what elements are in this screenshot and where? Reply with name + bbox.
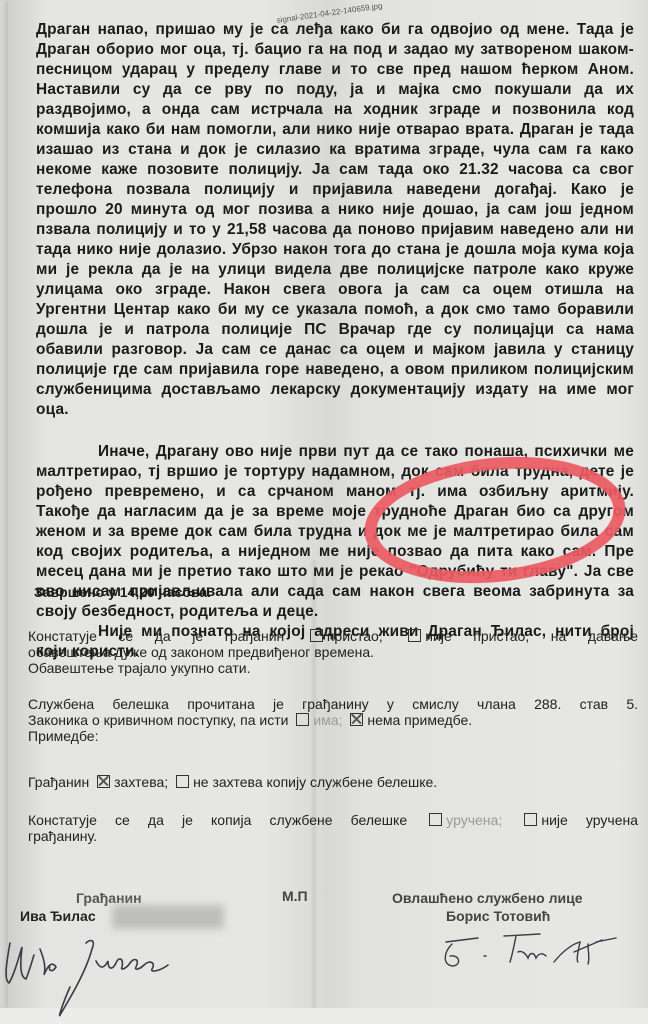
- delivery-section: Констатује се да је копија службене беле…: [28, 812, 638, 844]
- text-line: прошло 20 минута од мог позива а нико ни…: [36, 200, 634, 220]
- text-line: малтретирао, тј вршио је тортуру надамно…: [36, 462, 634, 482]
- text-line: раздвојимо, а онда сам истрчала на ходни…: [36, 100, 634, 120]
- text-line: Ургентни Центар како би му се указала по…: [36, 300, 634, 320]
- text-line: пзвала полицију и то у 21,58 часова да п…: [36, 220, 634, 240]
- text-line: женом и за време док сам била трудна и д…: [36, 522, 634, 542]
- citizen-label: Грађанин: [76, 890, 142, 906]
- officer-signature: [438, 930, 648, 980]
- delivery-line: Констатује се да је копија службене беле…: [28, 812, 638, 828]
- remarks-line: Законика о кривичном поступку, па исти и…: [28, 712, 638, 728]
- statement-text: Драган напао, пришао му је са леђа како …: [36, 20, 634, 662]
- checkbox-no-remarks[interactable]: [350, 713, 363, 726]
- text-line: обавили разговор. Ја сам се данас са оце…: [36, 340, 634, 360]
- text-line: код својих родитеља, а ниједном ме није …: [36, 542, 634, 562]
- text-line: месец дана ми је претио тако што ми је р…: [36, 562, 634, 582]
- officer-name: Борис Тотовић: [446, 908, 550, 924]
- copy-request-section: Грађанин захтева; не захтева копију служ…: [28, 774, 638, 790]
- checkbox-agreed[interactable]: [310, 629, 323, 642]
- text-line: Наставили су да се рву по поду, ја и мај…: [36, 80, 634, 100]
- consent-line: Констатује се да је грађанин пристао; ни…: [28, 628, 638, 644]
- checkbox-not-delivered[interactable]: [524, 813, 537, 826]
- text-line: полиције где сам пријавила горе наведено…: [36, 360, 634, 380]
- text-line: службеницима достављамо лекарску докумен…: [36, 380, 634, 400]
- text-line: дошла је и патрола полиције ПС Врачар гд…: [36, 320, 634, 340]
- text-line: Драган оборио мог оца, тј. бацио га на п…: [36, 40, 634, 60]
- delivery-line-2: грађанину.: [28, 828, 638, 844]
- text-line: телефона позвала полицију и пријавила на…: [36, 180, 634, 200]
- remarks-label: Примедбе:: [28, 728, 638, 744]
- text-line: тада нико није долазио. Убрзо након тога…: [36, 240, 634, 260]
- finished-time: Завршено у 14,20 часова.: [34, 584, 211, 600]
- text-line: оца.: [36, 400, 634, 420]
- text-line: Иначе, Драгану ово није први пут да се т…: [36, 442, 634, 462]
- checkbox-not-agreed[interactable]: [408, 629, 421, 642]
- copy-request-line: Грађанин захтева; не захтева копију служ…: [28, 774, 638, 790]
- read-line: Службена белешка прочитана је грађанину …: [28, 696, 638, 712]
- duration-line: Обавештење трајало укупно сати.: [28, 660, 638, 676]
- text-line: ми је рекла да је на улици видела две по…: [36, 260, 634, 280]
- text-line: улицама око зграде. Након свега овога ја…: [36, 280, 634, 300]
- text-line: Драган напао, пришао му је са леђа како …: [36, 20, 634, 40]
- checkbox-requests-copy[interactable]: [97, 775, 110, 788]
- stamp-label: М.П: [282, 888, 308, 904]
- read-section: Службена белешка прочитана је грађанину …: [28, 696, 638, 744]
- text-line: некоме каже позовите полицију. Ја сам та…: [36, 160, 634, 180]
- text-line: Такође да нагласим да је за време моје т…: [36, 502, 634, 522]
- text-line: своју безбедност, родитеља и деце.: [36, 602, 634, 622]
- checkbox-delivered[interactable]: [429, 813, 442, 826]
- consent-section: Констатује се да је грађанин пристао; ни…: [28, 628, 638, 676]
- text-line: рођено превремено, и са срчаном маном тј…: [36, 482, 634, 502]
- citizen-name: Ива Ђилас: [20, 908, 96, 924]
- checkbox-not-requests-copy[interactable]: [176, 775, 189, 788]
- text-line: комшија како би нам помогли, али нико ни…: [36, 120, 634, 140]
- officer-label: Овлашћено службено лице: [392, 890, 583, 906]
- citizen-signature: [0, 925, 200, 1020]
- consent-line-2: обавештења дуже од законом предвиђеног в…: [28, 644, 638, 660]
- paragraph-incident: Драган напао, пришао му је са леђа како …: [36, 20, 634, 420]
- text-line: изашао из стана и док је силазио ка врат…: [36, 140, 634, 160]
- checkbox-has-remarks[interactable]: [296, 713, 309, 726]
- text-line: песницом ударац у пределу главе и то све…: [36, 60, 634, 80]
